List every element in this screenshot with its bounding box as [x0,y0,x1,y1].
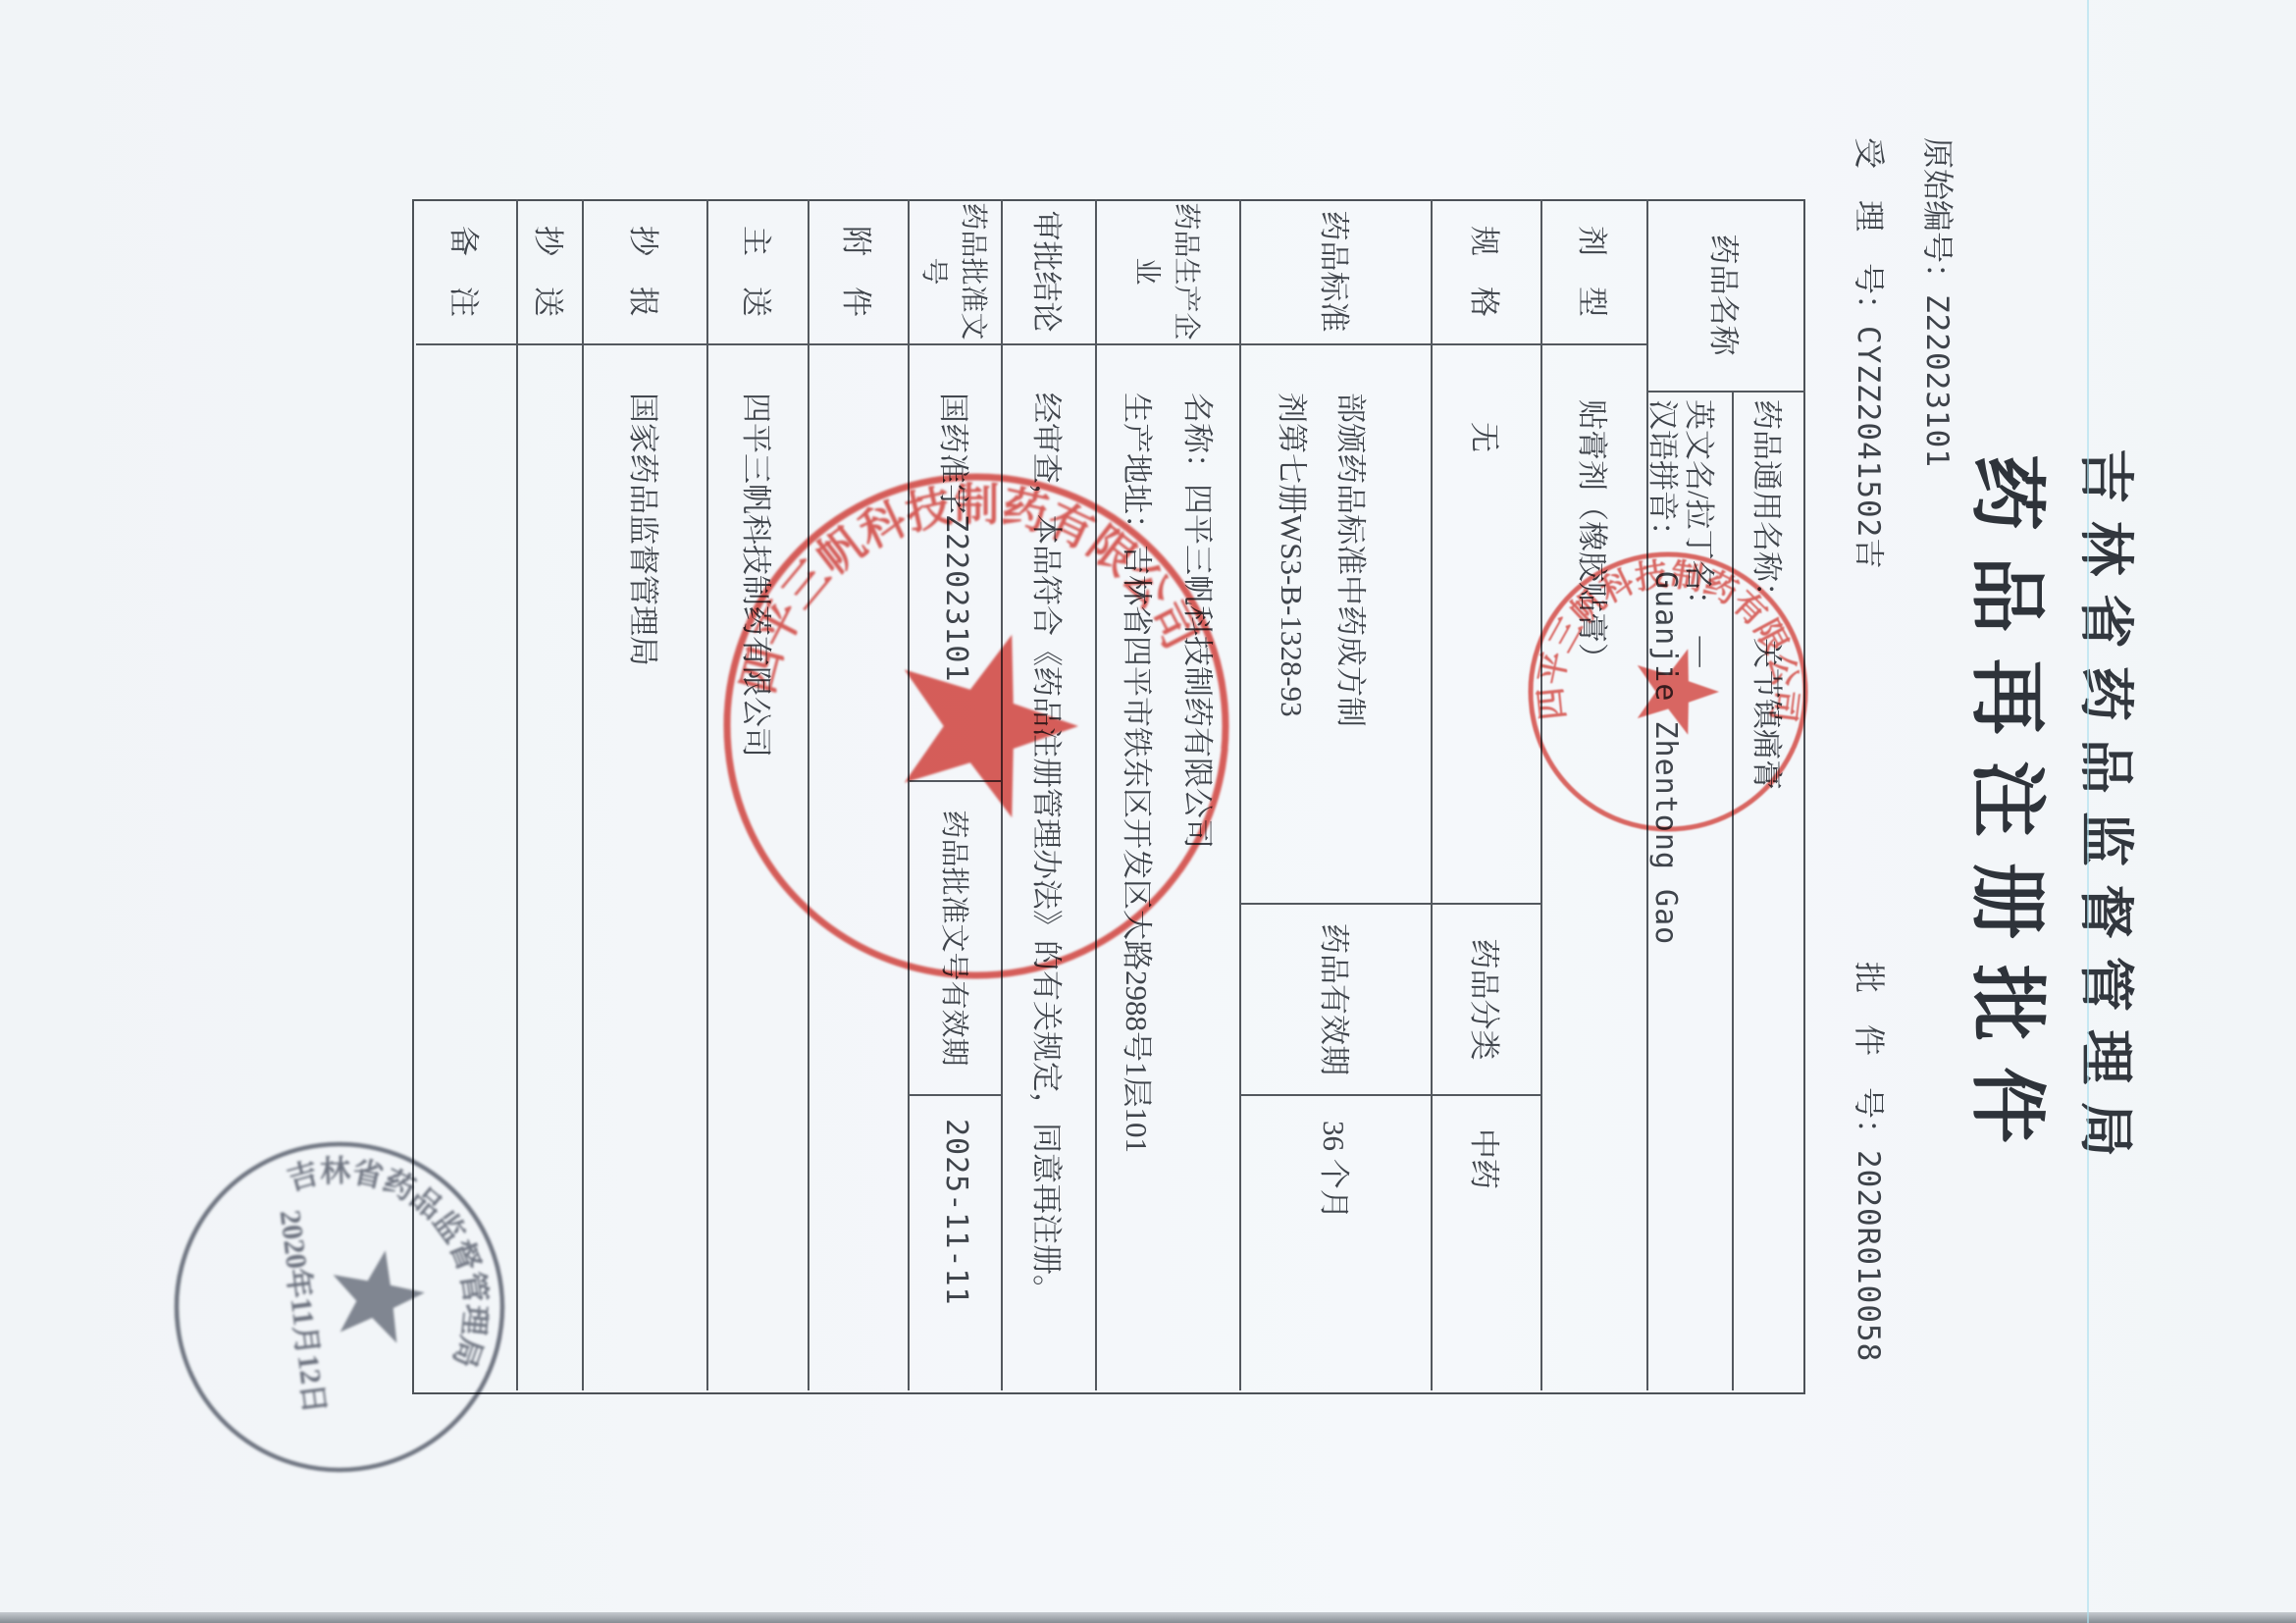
company-seal-top: 四平三帆科技制药有限公司 [1511,535,1825,849]
agency-title: 吉林省药品监督管理局 [2070,0,2149,1623]
scan-edge-shadow [0,1612,2296,1623]
bureau-seal: 吉林省药品监督管理局 2020年11月12日 [158,1126,521,1489]
validity-value: 36 个月 [1241,1121,1433,1220]
license-validity-date: 2025-11-11 [939,1119,973,1306]
bureau-seal-date: 2020年11月12日 [274,1208,332,1415]
scanned-certificate: 吉林省药品监督管理局 药品再注册批件 原始编号：Z22023101 受 理 号：… [0,0,2296,1623]
col-border [1241,1094,1542,1096]
svg-text:四平三帆科技制药有限公司: 四平三帆科技制药有限公司 [707,456,1225,897]
scan-artifact-line [2087,0,2089,1623]
copy-sent-label: 抄 送 [518,199,584,343]
spec-label: 规 格 [1433,199,1542,343]
drug-class-label: 药品分类 [1433,905,1542,1094]
original-no-label: 原始编号： [1920,137,1956,294]
dosage-form-label: 剂 型 [1542,199,1648,343]
standard-label: 药品标准 [1241,199,1433,343]
original-no-line: 原始编号：Z22023101 [1917,137,1962,468]
attachment-label: 附 件 [809,199,910,343]
standard-value-line1: 部颁药品标准中药成方制 [1331,393,1376,727]
license-label: 药品批准文号 [910,199,1003,343]
col-border [910,1094,1003,1096]
approval-no-value: 2020R010058 [1851,1150,1886,1362]
company-seal-main: 四平三帆科技制药有限公司 [706,456,1246,996]
remark-label: 备 注 [416,199,518,343]
validity-label: 药品有效期 [1241,905,1433,1094]
manufacturer-label: 药品生产企业 [1097,199,1241,343]
license-validity-value: 2025-11-11 [910,1119,1003,1306]
row-border [582,199,584,1390]
copy-report-label: 抄 报 [584,199,708,343]
svg-text:四平三帆科技制药有限公司: 四平三帆科技制药有限公司 [1521,535,1825,787]
doc-title: 药品再注册批件 [1958,0,2068,1623]
accept-no-label: 受 理 号： [1852,137,1887,326]
drug-class-value: 中药 [1433,1128,1542,1189]
company-seal-main-text: 四平三帆科技制药有限公司 [707,456,1225,897]
standard-value-line2-text: 剂第七册WS3-B-1328-93 [1275,393,1309,717]
drug-name-label: 药品名称 [1648,199,1805,391]
label-col-border [416,343,1648,345]
accept-no-line: 受 理 号：CYZZ2041502吉 [1849,137,1894,569]
main-sent-label: 主 送 [708,199,809,343]
approval-no-label: 批 件 号： [1852,962,1887,1150]
original-no-value: Z22023101 [1919,294,1955,468]
copy-report-value: 国家药品监督管理局 [584,393,708,666]
label-col-border [1648,391,1805,393]
certificate-page: 吉林省药品监督管理局 药品再注册批件 原始编号：Z22023101 受 理 号：… [0,0,2296,1623]
approval-no-line: 批 件 号：2020R010058 [1849,962,1894,1362]
drug-pinyin-label: 汉语拼音： [1644,399,1689,551]
company-seal-top-text: 四平三帆科技制药有限公司 [1521,535,1825,787]
spec-value: 无 [1433,422,1542,452]
conclusion-label: 审批结论 [1003,199,1097,343]
standard-value-line2: 剂第七册WS3-B-1328-93 [1273,393,1317,717]
accept-no-value: CYZZ2041502吉 [1851,326,1886,569]
